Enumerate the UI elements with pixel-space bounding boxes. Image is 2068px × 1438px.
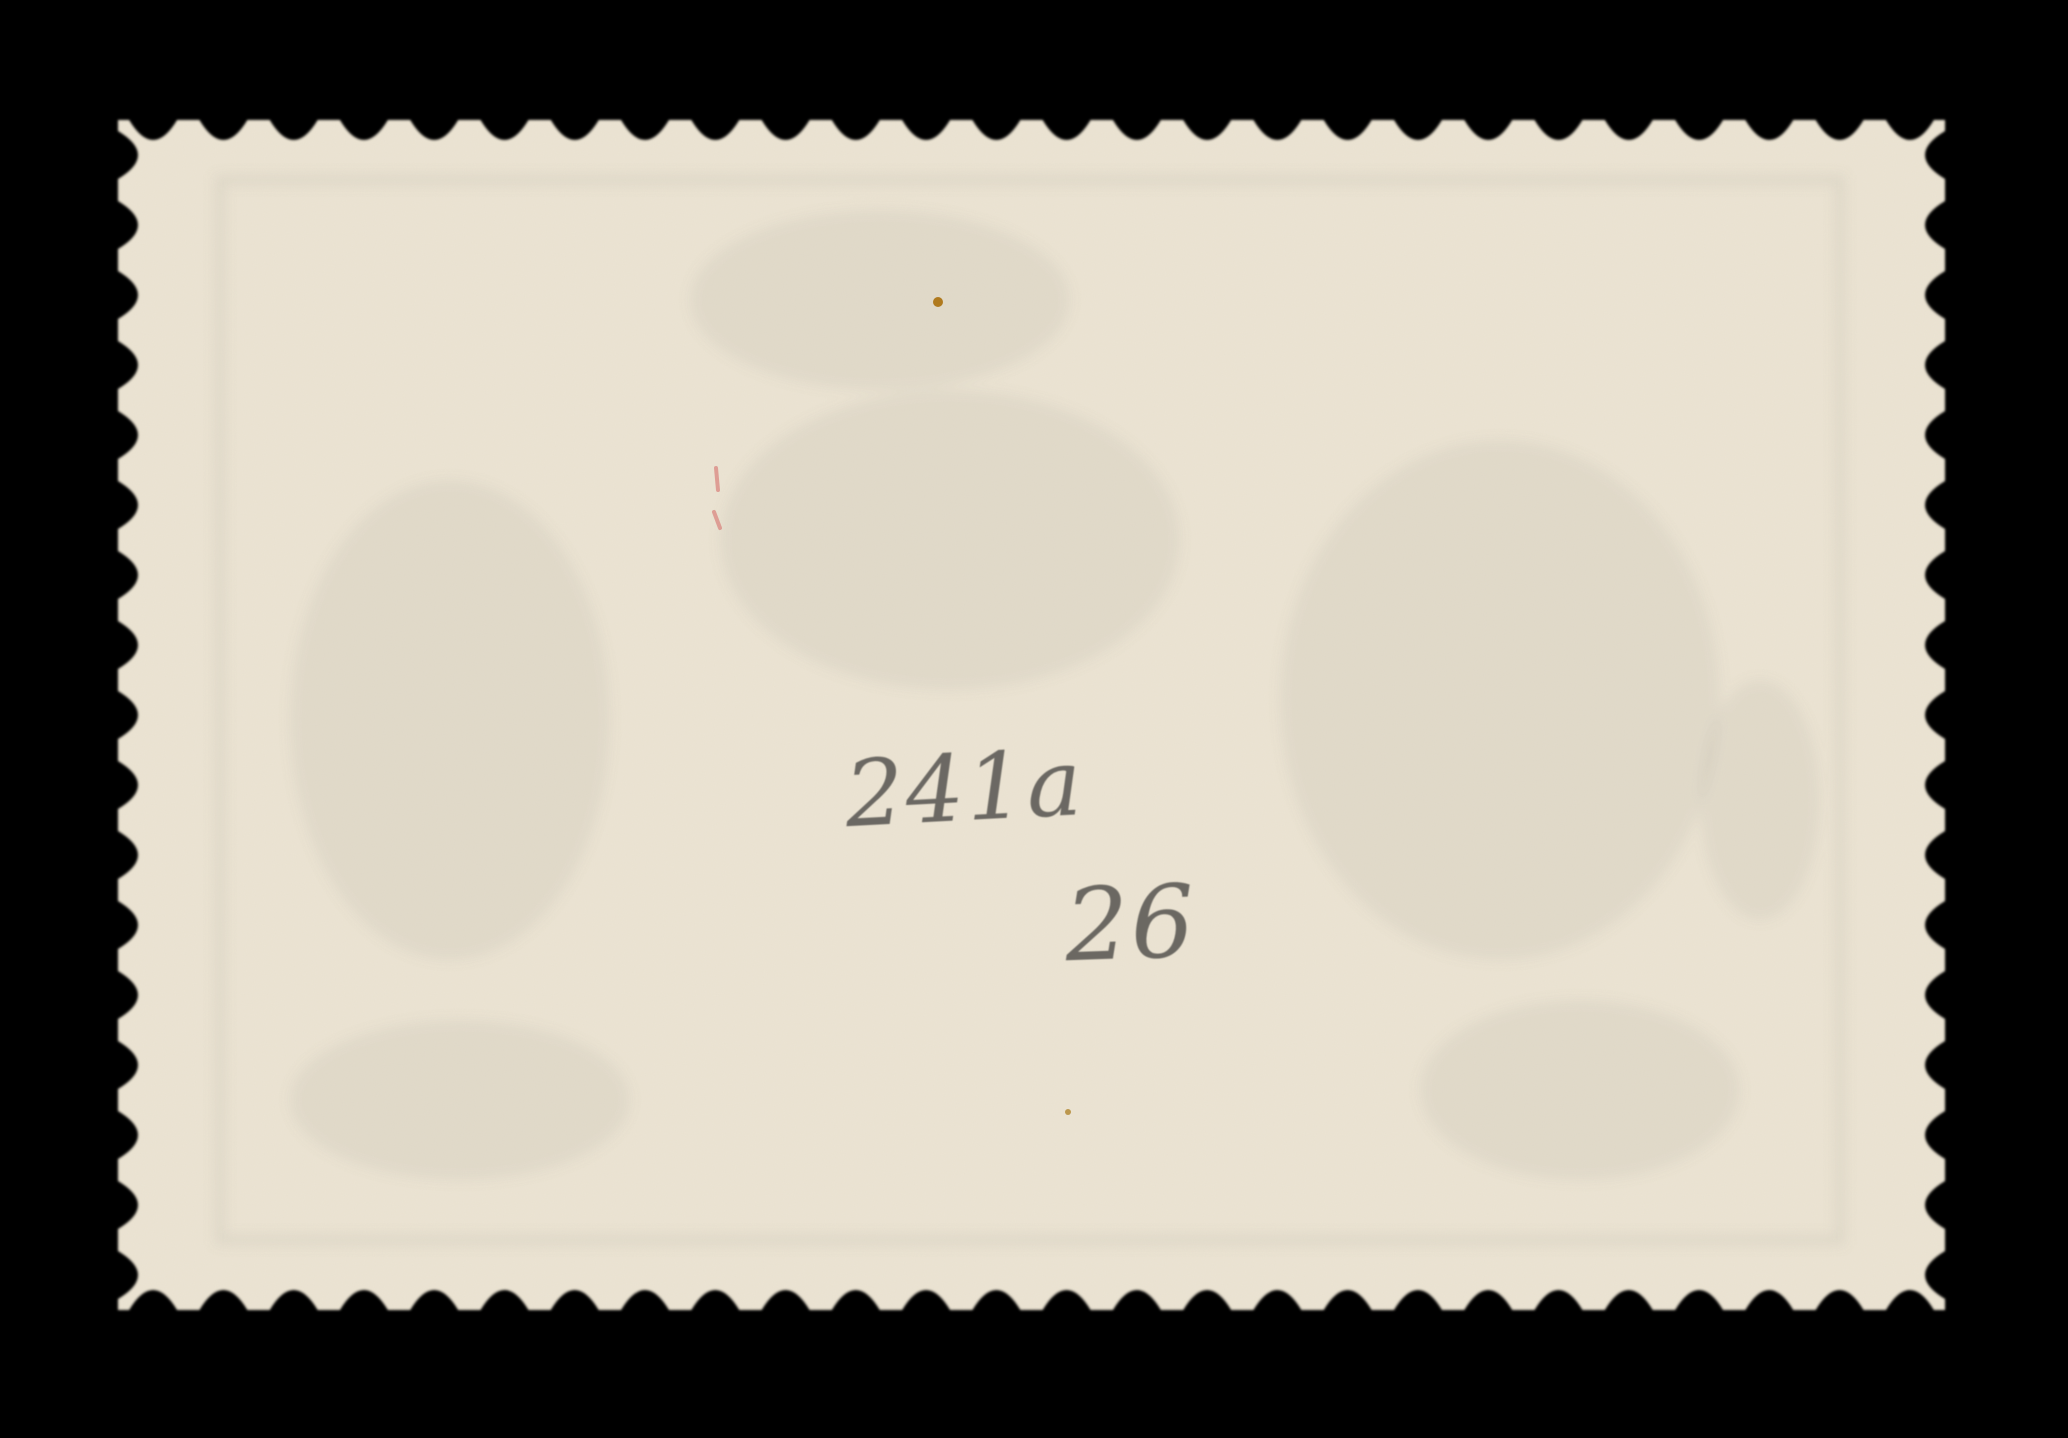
stamp-back (0, 0, 2068, 1438)
rust-spot (933, 297, 943, 307)
photo-stage: 241a 26 (0, 0, 2068, 1438)
pencil-secondary-number: 26 (1063, 863, 1198, 985)
pencil-catalog-number: 241a (842, 729, 1086, 848)
